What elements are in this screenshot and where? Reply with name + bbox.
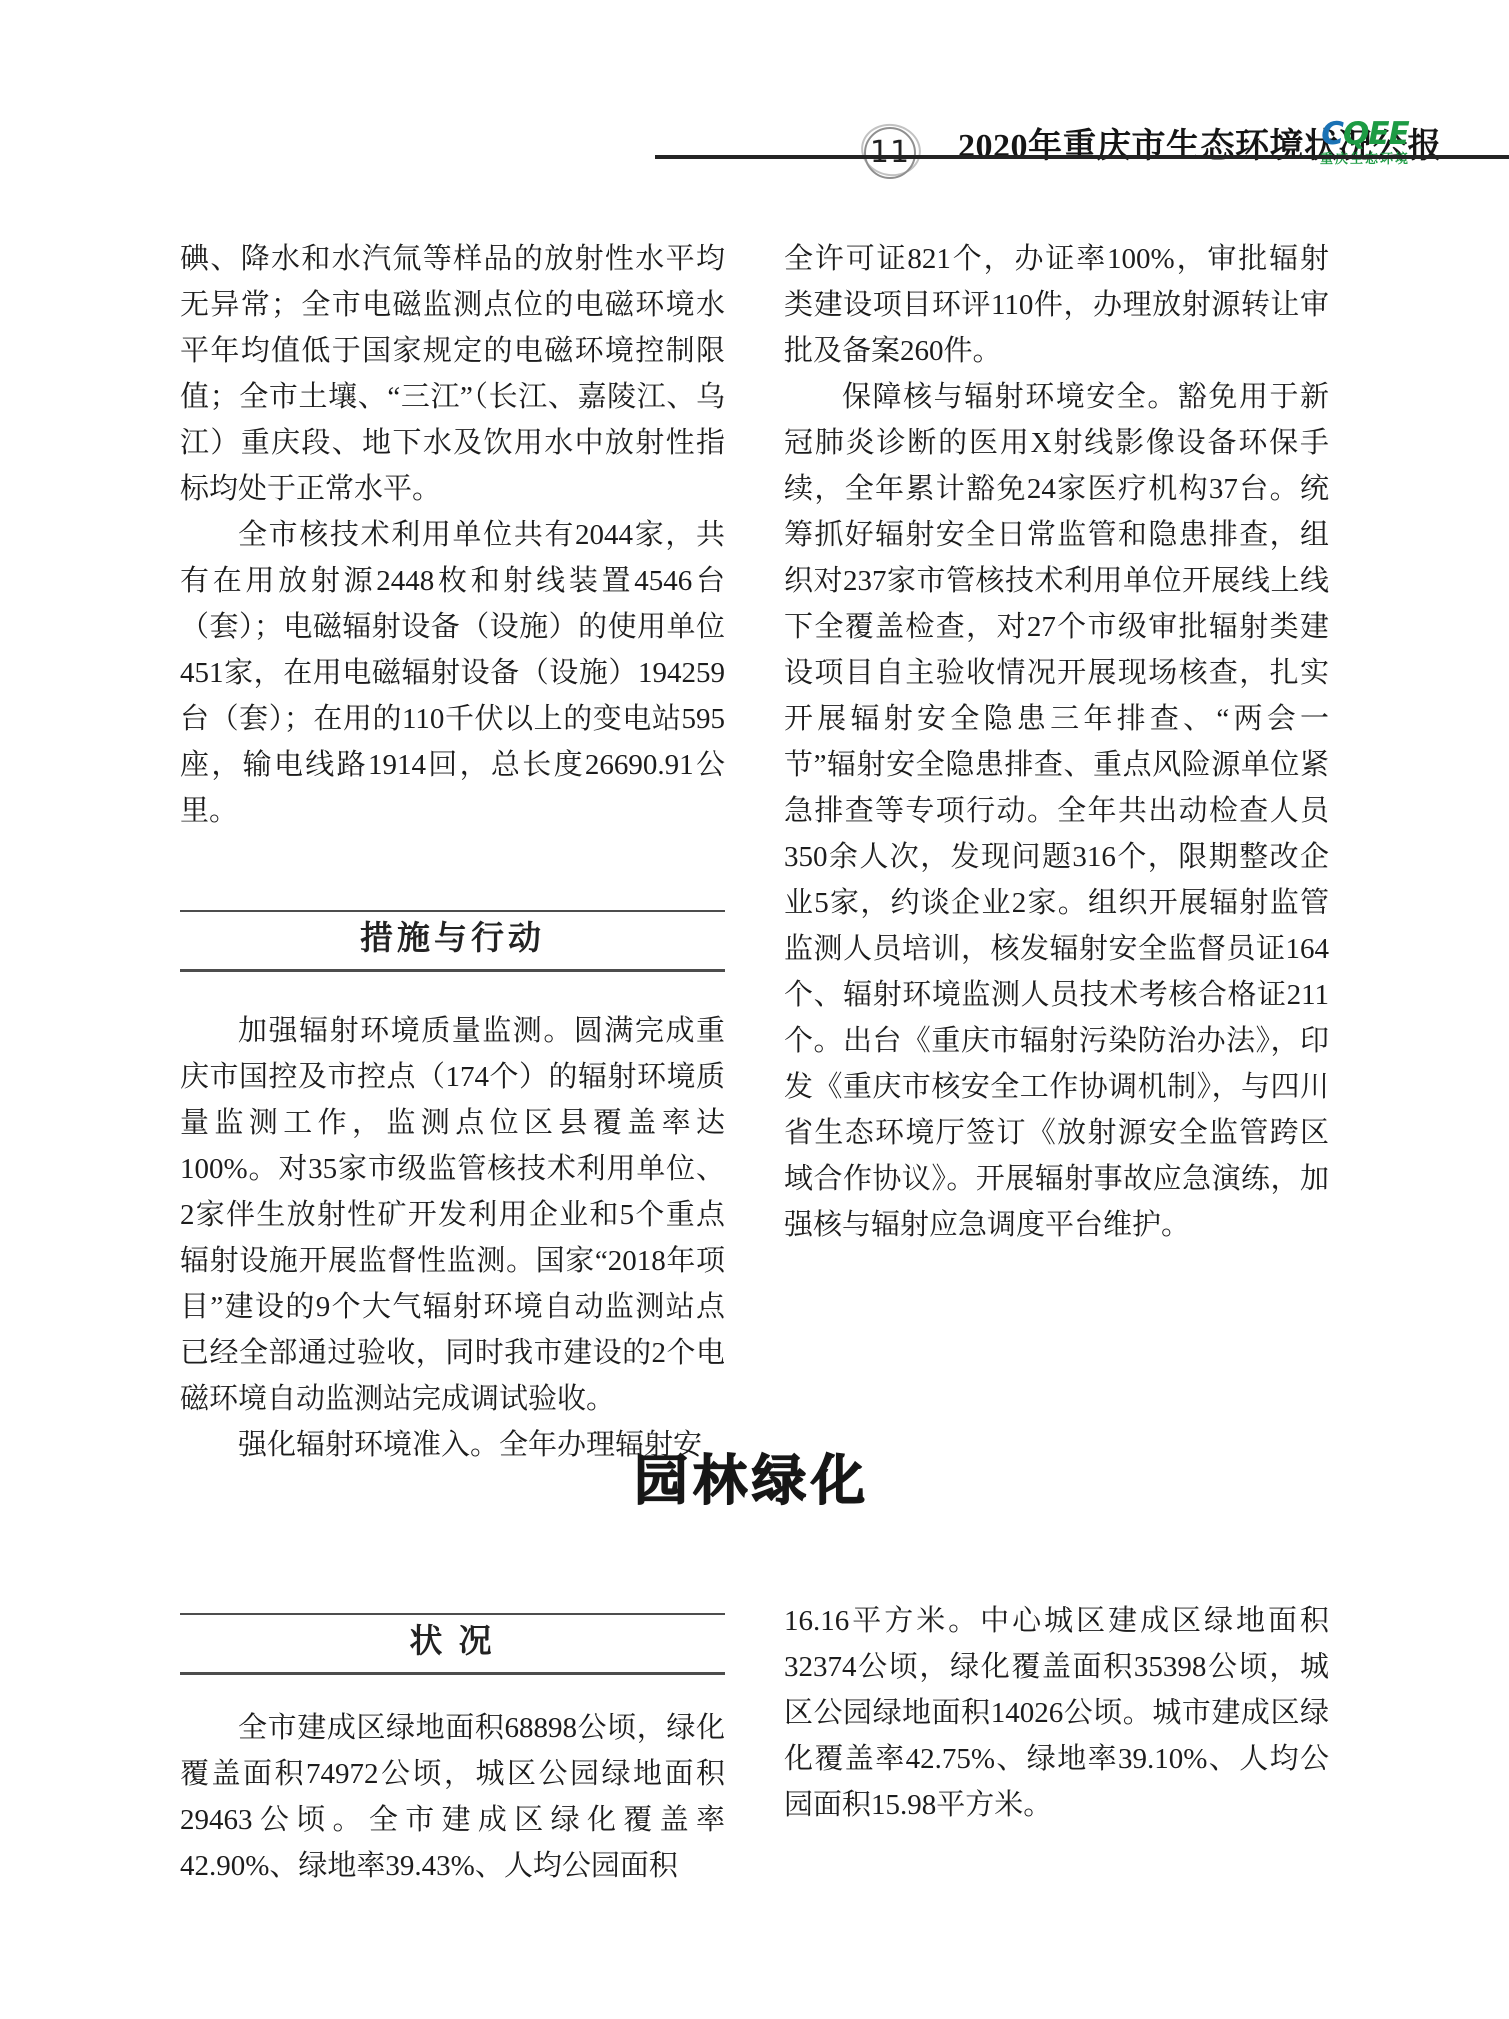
greening-section-title: 园林绿化 bbox=[180, 1438, 1324, 1515]
paragraph-permits: 全许可证821个，办证率100%，审批辐射类建设项目环评110件，办理放射源转让… bbox=[784, 236, 1329, 374]
radiation-left-column: 碘、降水和水汽氚等样品的放射性水平均无异常；全市电磁监测点位的电磁环境水平年均值… bbox=[180, 236, 725, 1468]
measures-actions-header: 措施与行动 bbox=[180, 910, 725, 972]
greening-left-column: 状 况 全市建成区绿地面积68898公顷，绿化覆盖面积74972公顷，城区公园绿… bbox=[180, 1613, 725, 1889]
paragraph-greening-central: 16.16平方米。中心城区建成区绿地面积32374公顷，绿化覆盖面积35398公… bbox=[784, 1598, 1329, 1828]
report-page: 11 2020年重庆市生态环境状况公报 CQEE 重庆生态环境 碘、降水和水汽氚… bbox=[0, 0, 1509, 2019]
paragraph-monitoring: 加强辐射环境质量监测。圆满完成重庆市国控及市控点（174个）的辐射环境质量监测工… bbox=[180, 1008, 725, 1422]
section-header-label: 措施与行动 bbox=[360, 921, 545, 957]
section-header-label: 状 况 bbox=[409, 1624, 495, 1660]
paragraph-nuclear-safety: 保障核与辐射环境安全。豁免用于新冠肺炎诊断的医用X射线影像设备环保手续，全年累计… bbox=[784, 374, 1329, 1248]
page-number: 11 bbox=[862, 124, 918, 180]
logo-wordmark: CQEE bbox=[1290, 118, 1440, 150]
header-rule bbox=[655, 155, 1509, 159]
radiation-right-column: 全许可证821个，办证率100%，审批辐射类建设项目环评110件，办理放射源转让… bbox=[784, 236, 1329, 1248]
paragraph-greening-citywide: 全市建成区绿地面积68898公顷，绿化覆盖面积74972公顷，城区公园绿地面积2… bbox=[180, 1705, 725, 1889]
cqee-logo: CQEE 重庆生态环境 bbox=[1290, 118, 1440, 167]
page-number-badge: 11 bbox=[862, 124, 918, 180]
greening-right-column: 16.16平方米。中心城区建成区绿地面积32374公顷，绿化覆盖面积35398公… bbox=[784, 1598, 1329, 1828]
paragraph-nuclear-units: 全市核技术利用单位共有2044家，共有在用放射源2448枚和射线装置4546台（… bbox=[180, 512, 725, 834]
paragraph-radiation-levels: 碘、降水和水汽氚等样品的放射性水平均无异常；全市电磁监测点位的电磁环境水平年均值… bbox=[180, 236, 725, 512]
status-header: 状 况 bbox=[180, 1613, 725, 1675]
